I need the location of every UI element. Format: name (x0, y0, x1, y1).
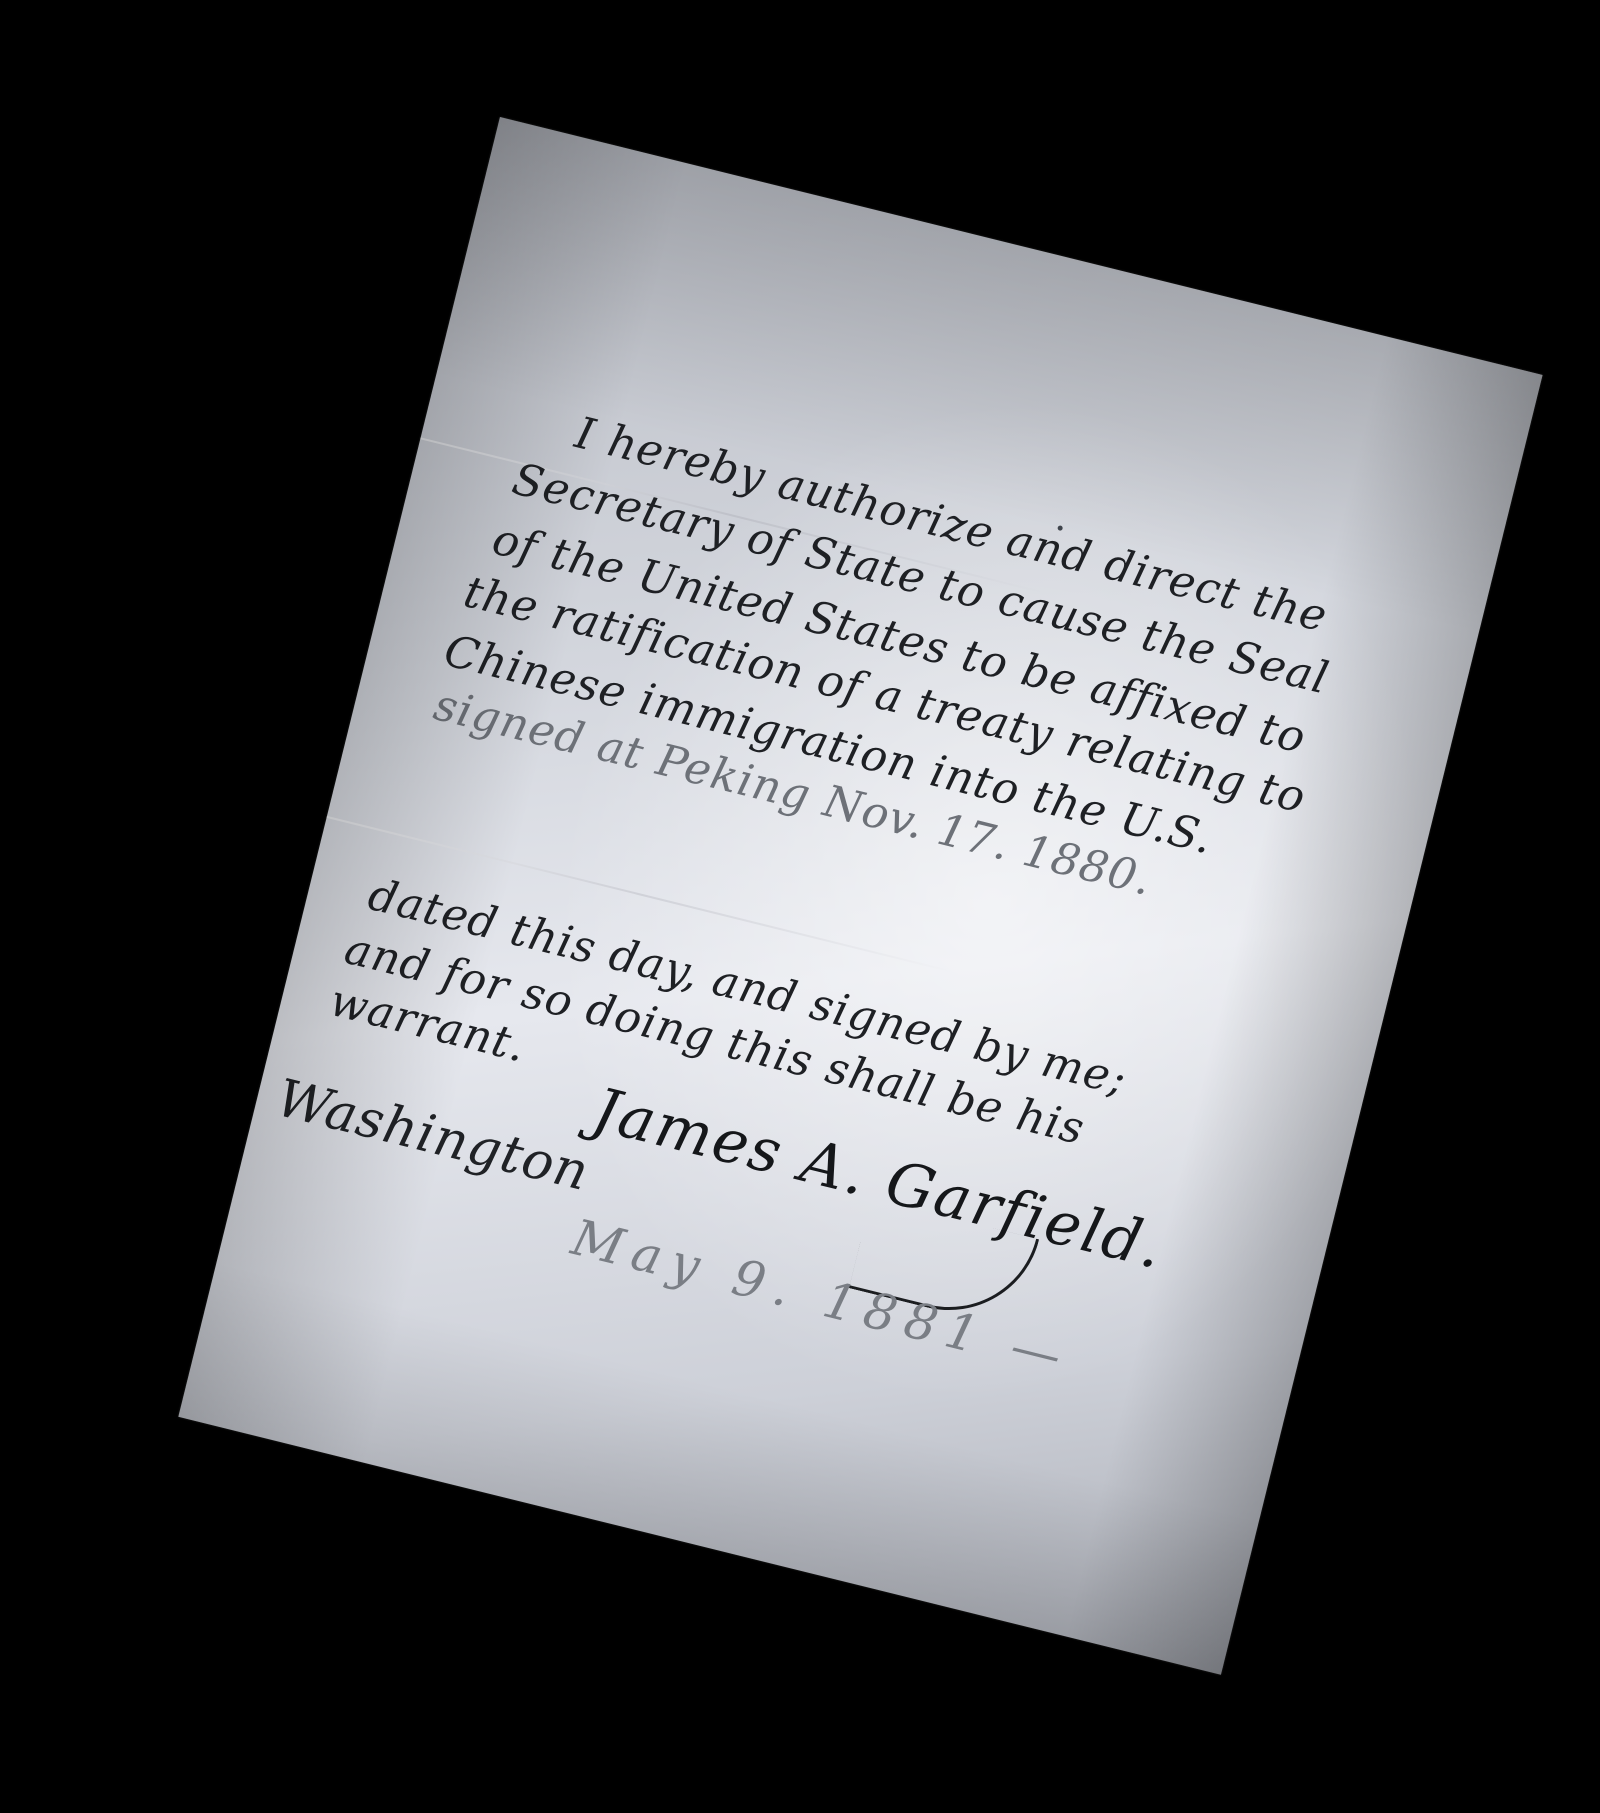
photo-stage: I hereby authorize and direct the Secret… (0, 0, 1600, 1813)
place-line: Washington (271, 1068, 595, 1203)
letter-paper: I hereby authorize and direct the Secret… (178, 117, 1542, 1675)
